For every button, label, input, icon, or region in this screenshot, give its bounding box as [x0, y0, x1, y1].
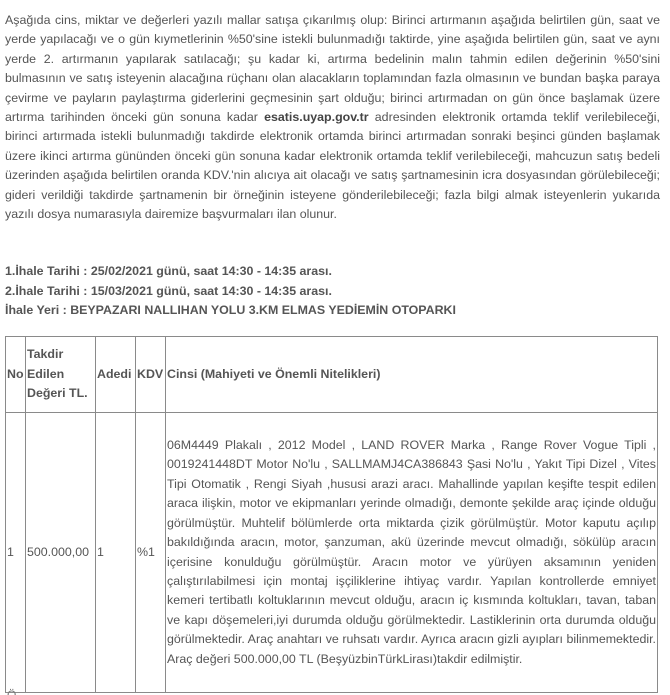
header-value-line1: Takdir: [27, 345, 94, 364]
header-appraised-value: Takdir Edilen Değeri TL.: [26, 337, 96, 413]
header-description: Cinsi (Mahiyeti ve Önemli Nitelikleri): [166, 337, 658, 413]
cell-quantity: 1: [96, 413, 136, 693]
header-quantity: Adedi: [96, 337, 136, 413]
table-header-row: No Takdir Edilen Değeri TL. Adedi KDV Ci…: [6, 337, 658, 413]
header-no: No: [6, 337, 26, 413]
auction-location: İhale Yeri : BEYPAZARI NALLIHAN YOLU 3.K…: [5, 301, 660, 321]
first-auction-date: 1.İhale Tarihi : 25/02/2021 günü, saat 1…: [5, 262, 660, 282]
cut-off-text-fragment: Ö: [7, 688, 16, 695]
auction-announcement-text: Aşağıda cins, miktar ve değerleri yazılı…: [5, 11, 660, 224]
header-value-line3: Değeri TL.: [27, 384, 94, 403]
auction-info: 1.İhale Tarihi : 25/02/2021 günü, saat 1…: [5, 262, 660, 321]
header-value-line2: Edilen: [27, 365, 94, 384]
cell-vat: %1: [136, 413, 166, 693]
items-table: No Takdir Edilen Değeri TL. Adedi KDV Ci…: [5, 336, 658, 693]
cell-description: 06M4449 Plakalı , 2012 Model , LAND ROVE…: [166, 413, 658, 693]
intro-text-part1: Aşağıda cins, miktar ve değerleri yazılı…: [5, 13, 660, 124]
second-auction-date: 2.İhale Tarihi : 15/03/2021 günü, saat 1…: [5, 282, 660, 302]
cell-no: 1: [6, 413, 26, 693]
intro-text-part2: adresinden elektronik ortamda teklif ver…: [5, 110, 660, 221]
header-vat: KDV: [136, 337, 166, 413]
cell-value: 500.000,00: [26, 413, 96, 693]
esatis-link-text: esatis.uyap.gov.tr: [264, 110, 368, 124]
table-row: 1 500.000,00 1 %1 06M4449 Plakalı , 2012…: [6, 413, 658, 693]
